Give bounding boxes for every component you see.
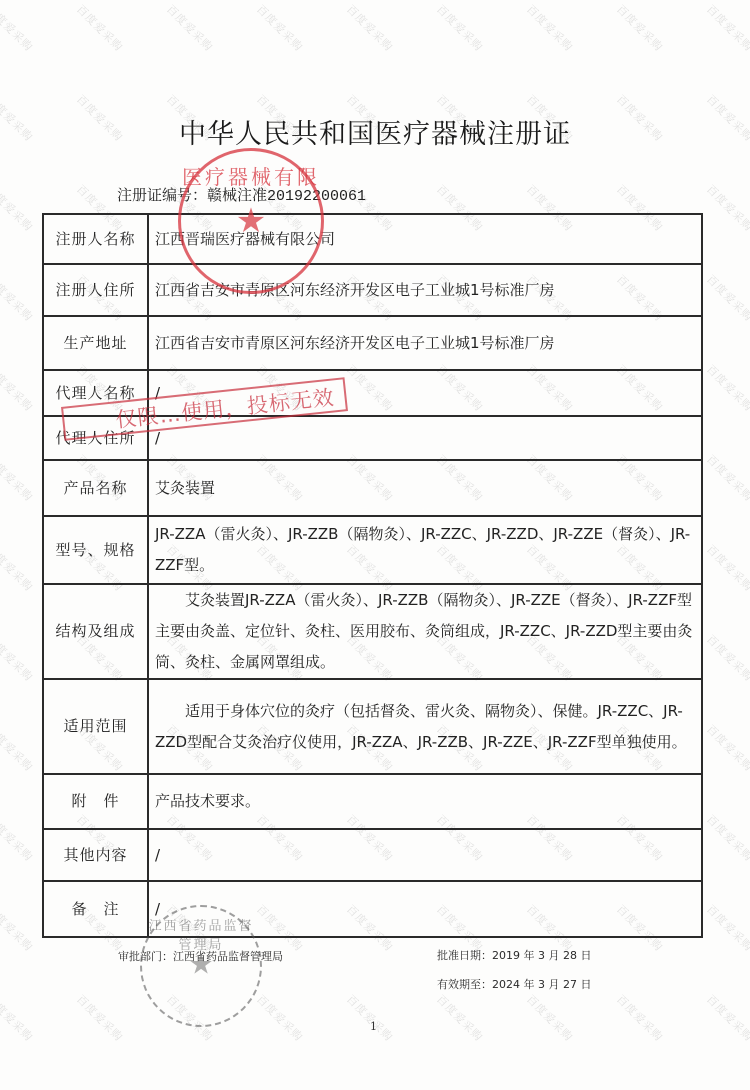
watermark-text: 百度爱采购: [0, 901, 37, 955]
watermark-text: 百度爱采购: [0, 541, 37, 595]
watermark-text: 百度爱采购: [0, 631, 37, 685]
table-row: 代理人住所/: [43, 416, 702, 460]
row-value: JR-ZZA（雷火灸）、JR-ZZB（隔物灸）、JR-ZZC、JR-ZZD、JR…: [148, 516, 702, 584]
row-value: /: [148, 416, 702, 460]
watermark-text: 百度爱采购: [703, 811, 750, 865]
row-value: 江西省吉安市青原区河东经济开发区电子工业城1号标准厂房: [148, 316, 702, 370]
page-number: 1: [370, 1020, 377, 1033]
row-label: 注册人名称: [43, 214, 148, 264]
registration-number-label: 注册证编号：: [117, 186, 207, 204]
row-value: 艾灸装置: [148, 460, 702, 516]
table-row: 注册人名称江西晋瑞医疗器械有限公司: [43, 214, 702, 264]
table-row: 代理人名称/: [43, 370, 702, 416]
watermark-text: 百度爱采购: [253, 991, 307, 1045]
table-row: 附 件产品技术要求。: [43, 774, 702, 829]
valid-until-label: 有效期至：: [437, 978, 492, 991]
row-value: 产品技术要求。: [148, 774, 702, 829]
watermark-text: 百度爱采购: [0, 1, 37, 55]
row-value: 适用于身体穴位的灸疗（包括督灸、雷火灸、隔物灸）、保健。JR-ZZC、JR-ZZ…: [148, 679, 702, 774]
certificate-table: 注册人名称江西晋瑞医疗器械有限公司 注册人住所江西省吉安市青原区河东经济开发区电…: [42, 213, 703, 938]
registration-number-value: 赣械注准20192200061: [207, 188, 366, 205]
row-label: 附 件: [43, 774, 148, 829]
watermark-text: 百度爱采购: [703, 631, 750, 685]
watermark-text: 百度爱采购: [0, 991, 37, 1045]
approval-date-value: 2019 年 3 月 28 日: [492, 949, 591, 962]
watermark-text: 百度爱采购: [73, 991, 127, 1045]
row-label: 结构及组成: [43, 584, 148, 679]
watermark-text: 百度爱采购: [0, 451, 37, 505]
watermark-text: 百度爱采购: [523, 1, 577, 55]
row-label: 生产地址: [43, 316, 148, 370]
row-label: 其他内容: [43, 829, 148, 881]
approval-dept-label: 审批部门：: [118, 950, 173, 963]
watermark-text: 百度爱采购: [703, 181, 750, 235]
watermark-text: 百度爱采购: [703, 271, 750, 325]
table-row: 型号、规格JR-ZZA（雷火灸）、JR-ZZB（隔物灸）、JR-ZZC、JR-Z…: [43, 516, 702, 584]
row-label: 适用范围: [43, 679, 148, 774]
row-label: 备 注: [43, 881, 148, 937]
table-row: 其他内容/: [43, 829, 702, 881]
row-label: 代理人住所: [43, 416, 148, 460]
approval-date: 批准日期：2019 年 3 月 28 日: [437, 947, 591, 963]
watermark-text: 百度爱采购: [703, 991, 750, 1045]
row-label: 代理人名称: [43, 370, 148, 416]
registration-number: 注册证编号：赣械注准20192200061: [117, 184, 366, 205]
row-value: 艾灸装置JR-ZZA（雷火灸）、JR-ZZB（隔物灸）、JR-ZZE（督灸）、J…: [148, 584, 702, 679]
watermark-text: 百度爱采购: [613, 1, 667, 55]
watermark-text: 百度爱采购: [613, 991, 667, 1045]
table-row: 备 注/: [43, 881, 702, 937]
table-row: 生产地址江西省吉安市青原区河东经济开发区电子工业城1号标准厂房: [43, 316, 702, 370]
watermark-text: 百度爱采购: [163, 991, 217, 1045]
table-row: 结构及组成艾灸装置JR-ZZA（雷火灸）、JR-ZZB（隔物灸）、JR-ZZE（…: [43, 584, 702, 679]
watermark-text: 百度爱采购: [0, 361, 37, 415]
row-label: 产品名称: [43, 460, 148, 516]
watermark-text: 百度爱采购: [163, 1, 217, 55]
watermark-text: 百度爱采购: [73, 1, 127, 55]
table-row: 注册人住所江西省吉安市青原区河东经济开发区电子工业城1号标准厂房: [43, 264, 702, 316]
watermark-text: 百度爱采购: [703, 1, 750, 55]
row-value: /: [148, 829, 702, 881]
watermark-text: 百度爱采购: [0, 271, 37, 325]
watermark-text: 百度爱采购: [433, 1, 487, 55]
document-title: 中华人民共和国医疗器械注册证: [0, 112, 750, 151]
watermark-text: 百度爱采购: [253, 1, 307, 55]
approval-dept-value: 江西省药品监督管理局: [173, 950, 283, 963]
valid-until: 有效期至：2024 年 3 月 27 日: [437, 976, 591, 992]
watermark-text: 百度爱采购: [0, 811, 37, 865]
row-label: 型号、规格: [43, 516, 148, 584]
watermark-text: 百度爱采购: [433, 991, 487, 1045]
watermark-text: 百度爱采购: [703, 541, 750, 595]
valid-until-value: 2024 年 3 月 27 日: [492, 978, 591, 991]
watermark-text: 百度爱采购: [703, 361, 750, 415]
row-value: 江西晋瑞医疗器械有限公司: [148, 214, 702, 264]
approval-date-label: 批准日期：: [437, 949, 492, 962]
table-row: 适用范围适用于身体穴位的灸疗（包括督灸、雷火灸、隔物灸）、保健。JR-ZZC、J…: [43, 679, 702, 774]
watermark-text: 百度爱采购: [0, 721, 37, 775]
watermark-text: 百度爱采购: [703, 721, 750, 775]
watermark-text: 百度爱采购: [703, 901, 750, 955]
watermark-text: 百度爱采购: [0, 181, 37, 235]
watermark-text: 百度爱采购: [523, 991, 577, 1045]
row-value: /: [148, 881, 702, 937]
row-value: /: [148, 370, 702, 416]
watermark-text: 百度爱采购: [703, 451, 750, 505]
table-row: 产品名称艾灸装置: [43, 460, 702, 516]
row-label: 注册人住所: [43, 264, 148, 316]
watermark-text: 百度爱采购: [343, 991, 397, 1045]
row-value: 江西省吉安市青原区河东经济开发区电子工业城1号标准厂房: [148, 264, 702, 316]
approval-department: 审批部门：江西省药品监督管理局: [118, 948, 283, 964]
watermark-text: 百度爱采购: [343, 1, 397, 55]
